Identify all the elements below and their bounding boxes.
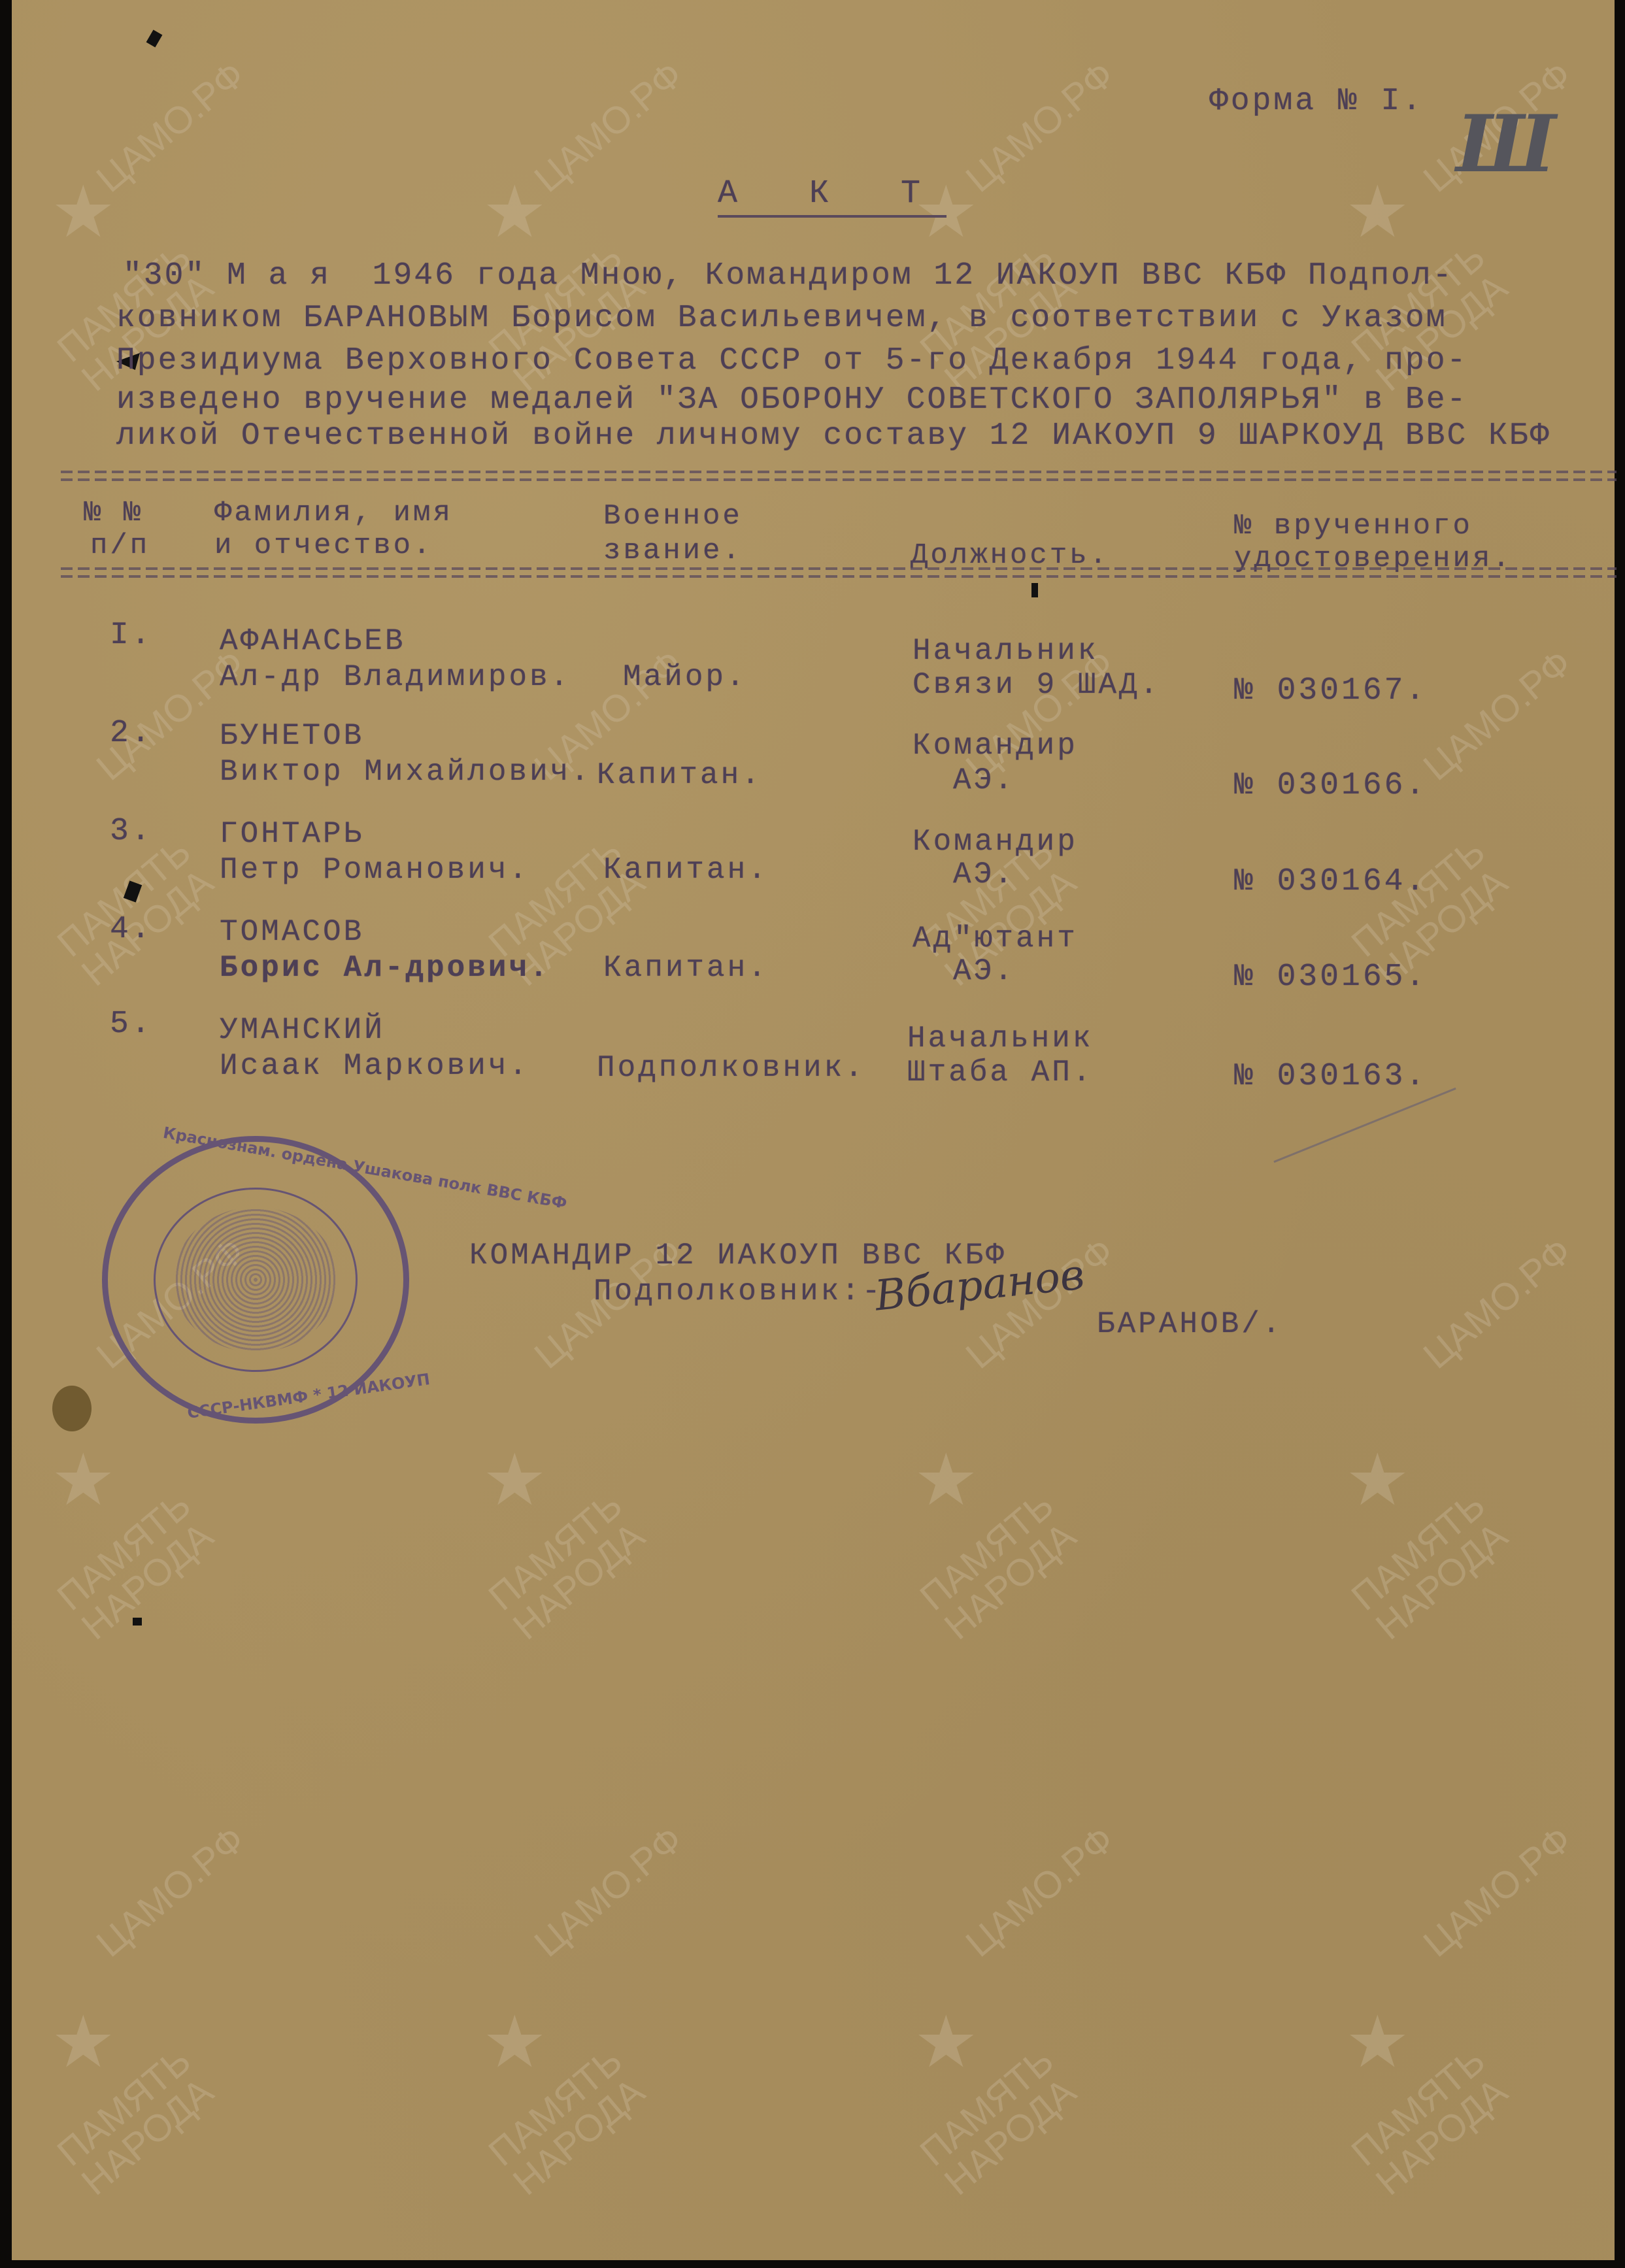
row-given-name: Ал-др Владимиров.: [220, 660, 571, 694]
row-cert-number: № 030166.: [1234, 768, 1427, 803]
watermark-tsamo: ЦАМО.РФ: [1417, 1231, 1579, 1375]
row-position-2: Связи 9 ШАД.: [913, 668, 1160, 702]
row-position-1: Командир: [913, 729, 1078, 763]
row-surname: ТОМАСОВ: [220, 915, 364, 949]
intro-line-3: Президиума Верховного Совета СССР от 5-г…: [116, 343, 1467, 378]
row-position-1: Начальник: [907, 1022, 1093, 1056]
watermark-tsamo: ЦАМО.РФ: [960, 55, 1121, 199]
row-given-name: Борис Ал-дрович.: [220, 951, 550, 985]
header-rule-top: [61, 471, 1617, 484]
watermark-tsamo: ЦАМО.РФ: [1417, 643, 1579, 787]
watermark-star-icon: ★: [482, 1438, 547, 1522]
row-num: 2.: [110, 716, 153, 751]
row-surname: УМАНСКИЙ: [220, 1013, 385, 1047]
stamp-bottom-text: СССР-НКВМФ * 12 ИАКОУП: [186, 1370, 431, 1422]
form-number-label: Форма № I.: [1209, 84, 1424, 119]
header-rule-bottom: [61, 567, 1617, 580]
watermark-tsamo: ЦАМО.РФ: [1417, 1820, 1579, 1963]
row-given-name: Исаак Маркович.: [220, 1049, 529, 1083]
watermark-star-icon: ★: [1345, 1438, 1410, 1522]
ink-spot: [1031, 583, 1038, 597]
watermark-star-icon: ★: [482, 2000, 547, 2084]
signatory-name: БАРАНОВ/.: [1097, 1307, 1282, 1341]
row-position-1: Начальник: [913, 634, 1098, 668]
row-position-2: АЭ.: [953, 858, 1015, 892]
ink-spot: [133, 1618, 142, 1626]
row-num: 3.: [110, 814, 153, 849]
row-num: 5.: [110, 1007, 153, 1042]
watermark-star-icon: ★: [51, 2000, 116, 2084]
row-rank: Капитан.: [603, 951, 769, 985]
col-header-rank-1: Военное: [603, 500, 743, 533]
watermark-star-icon: ★: [1345, 170, 1410, 254]
col-header-rank-2: звание.: [603, 535, 743, 567]
row-cert-number: № 030165.: [1234, 959, 1427, 995]
pencil-annotation: Ш: [1456, 98, 1556, 190]
col-header-num-2: п/п: [90, 529, 150, 562]
col-header-name-1: Фамилия, имя: [214, 497, 453, 529]
intro-line-2: ковником БАРАНОВЫМ Борисом Васильевичем,…: [116, 301, 1447, 336]
row-cert-number: № 030164.: [1234, 864, 1427, 899]
row-position-2: АЭ.: [953, 954, 1015, 988]
row-rank: Майор.: [623, 660, 747, 694]
watermark-star-icon: ★: [482, 170, 547, 254]
row-num: 4.: [110, 912, 153, 947]
watermark-star-icon: ★: [1345, 2000, 1410, 2084]
coat-of-arms-emblem-icon: [173, 1207, 338, 1352]
row-surname: ГОНТАРЬ: [220, 817, 364, 851]
row-rank: Подполковник.: [597, 1051, 865, 1085]
row-surname: БУНЕТОВ: [220, 719, 364, 753]
watermark-star-icon: ★: [51, 1438, 116, 1522]
row-position-1: Командир: [913, 825, 1078, 859]
watermark-star-icon: ★: [914, 2000, 979, 2084]
col-header-num-1: № №: [84, 497, 143, 529]
watermark-tsamo: ЦАМО.РФ: [90, 1820, 252, 1963]
intro-line-1: "30" М а я 1946 года Мною, Командиром 12…: [123, 258, 1454, 293]
row-position-2: АЭ.: [953, 763, 1015, 797]
row-rank: Капитан.: [597, 758, 762, 792]
watermark-tsamo: ЦАМО.РФ: [528, 55, 690, 199]
row-cert-number: № 030167.: [1234, 673, 1427, 709]
row-given-name: Виктор Михайлович.: [220, 755, 592, 789]
row-position-1: Ад"ютант: [913, 922, 1078, 956]
row-cert-number: № 030163.: [1234, 1059, 1427, 1094]
row-position-2: Штаба АП.: [907, 1056, 1093, 1090]
intro-line-4: изведено вручение медалей "ЗА ОБОРОНУ СО…: [116, 382, 1467, 418]
watermark-star-icon: ★: [51, 170, 116, 254]
watermark-tsamo: ЦАМО.РФ: [960, 1820, 1121, 1963]
pencil-stroke: [1273, 1088, 1456, 1163]
ink-spot: [146, 29, 163, 47]
stain: [52, 1386, 92, 1431]
col-header-cert-1: № врученного: [1234, 510, 1473, 542]
document-title: А К Т: [718, 175, 947, 218]
row-num: I.: [110, 618, 153, 653]
watermark-tsamo: ЦАМО.РФ: [528, 1820, 690, 1963]
row-given-name: Петр Романович.: [220, 853, 529, 887]
col-header-name-2: и отчество.: [214, 529, 433, 562]
document-sheet: ЦАМО.РФ ЦАМО.РФ ЦАМО.РФ ЦАМО.РФ ★ ★ ★ ★ …: [12, 0, 1615, 2260]
watermark-star-icon: ★: [914, 1438, 979, 1522]
row-rank: Капитан.: [603, 853, 769, 887]
official-stamp: Краснознам. ордена Ушакова полк ВВС КБФ …: [102, 1136, 409, 1424]
intro-line-5: ликой Отечественной войне личному состав…: [116, 418, 1551, 454]
row-surname: АФАНАСЬЕВ: [220, 624, 405, 658]
signatory-rank: Подполковник:-: [594, 1275, 882, 1309]
